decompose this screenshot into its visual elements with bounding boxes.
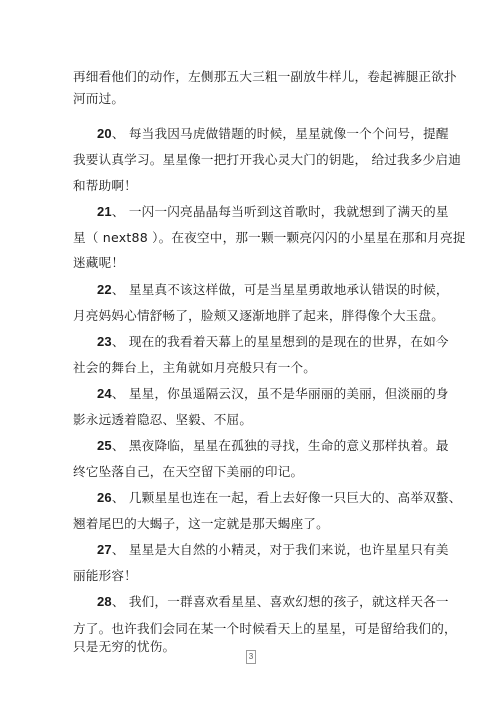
item-number: 25 (97, 438, 112, 453)
item-27-line-2: 丽能形容！ (73, 565, 137, 584)
item-25-line-1: 25、 黑夜降临，星星在孤独的寻找，生命的意义那样执着。最 (97, 435, 449, 454)
item-21-line-2: 星（ next88 ）。在夜空中，那一颗一颗亮闪闪的小星星在那和月亮捉 (73, 227, 466, 246)
item-number: 21 (97, 204, 112, 219)
text-line: 再细看他们的动作，左侧那五大三粗一副放牛样儿，卷起裤腿正欲扑 (73, 66, 457, 85)
item-number: 20 (97, 126, 112, 141)
item-25-line-2: 终它坠落自己，在天空留下美丽的印记。 (73, 461, 303, 480)
item-26-line-1: 26、 几颗星星也连在一起，看上去好像一只巨大的、高举双螯、 (97, 487, 462, 506)
item-21-line-3: 迷藏呢！ (73, 252, 124, 271)
item-number: 26 (97, 490, 112, 505)
document-page: 再细看他们的动作，左侧那五大三粗一副放牛样儿，卷起裤腿正欲扑 河而过。 20、 … (0, 0, 500, 708)
item-21-line-1: 21、 一闪一闪亮晶晶每当听到这首歌时，我就想到了满天的星 (97, 201, 449, 220)
item-20-line-3: 和帮助啊！ (73, 175, 137, 194)
item-number: 27 (97, 542, 112, 557)
item-27-line-1: 27、 星星是大自然的小精灵，对于我们来说，也许星星只有美 (97, 539, 449, 558)
text-line: 河而过。 (73, 88, 124, 107)
item-number: 24 (97, 386, 112, 401)
item-number: 23 (97, 334, 112, 349)
item-number: 28 (97, 594, 112, 609)
item-23-line-2: 社会的舞台上，主角就如月亮般只有一个。 (73, 357, 316, 376)
item-26-line-2: 翘着尾巴的大蝎子，这一定就是那天蝎座了。 (73, 513, 329, 532)
item-28-line-3: 只是无穷的忧伤。 (73, 636, 175, 655)
item-28-line-1: 28、 我们，一群喜欢看星星、喜欢幻想的孩子，就这样天各一 (97, 591, 449, 610)
page-number: 3 (246, 650, 256, 664)
item-22-line-1: 22、 星星真不该这样做，可是当星星勇敢地承认错误的时候， (97, 279, 449, 298)
item-24-line-1: 24、 星星，你虽遥隔云汉，虽不是华丽丽的美丽，但淡丽的身 (97, 383, 449, 402)
item-20-line-2: 我要认真学习。星星像一把打开我心灵大门的钥匙， 给过我多少启迪 (73, 149, 461, 168)
item-number: 22 (97, 282, 112, 297)
item-20-line-1: 20、 每当我因马虎做错题的时候，星星就像一个个问号，提醒 (97, 123, 449, 142)
item-22-line-2: 月亮妈妈心情舒畅了，脸颊又逐渐地胖了起来，胖得像个大玉盘。 (73, 305, 444, 324)
item-23-line-1: 23、 现在的我看着天幕上的星星想到的是现在的世界，在如今 (97, 331, 449, 350)
item-28-line-2: 方了。也许我们会同在某一个时候看天上的星星，可是留给我们的， (73, 618, 457, 637)
item-24-line-2: 影永远透着隐忍、坚毅、不屈。 (73, 409, 252, 428)
